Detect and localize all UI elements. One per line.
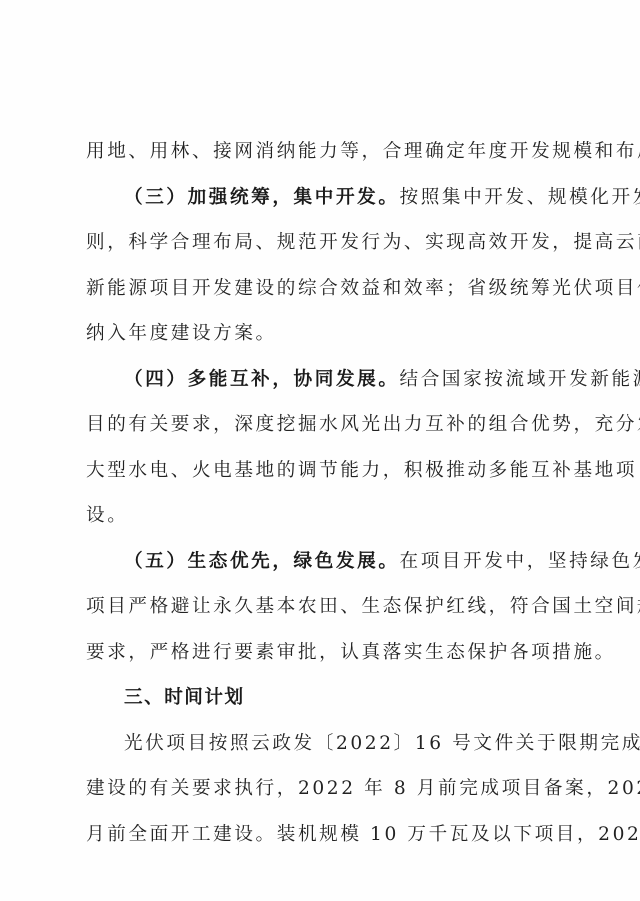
- paragraph-line: （五）生态优先，绿色发展。在项目开发中，坚持绿色发展，: [124, 548, 556, 576]
- subheading-five: （五）生态优先，绿色发展。: [124, 551, 400, 572]
- document-page: 用地、用林、接网消纳能力等，合理确定年度开发规模和布局。 （三）加强统筹，集中开…: [0, 0, 640, 901]
- paragraph-line: 月前全面开工建设。装机规模 10 万千瓦及以下项目，2023 年 4: [86, 821, 556, 849]
- paragraph-line: 建设的有关要求执行，2022 年 8 月前完成项目备案，2022 年 10: [86, 775, 556, 803]
- paragraph-line: 目的有关要求，深度挖掘水风光出力互补的组合优势，充分发挥: [86, 411, 556, 439]
- paragraph-line: （三）加强统筹，集中开发。按照集中开发、规模化开发原: [124, 184, 556, 212]
- paragraph-line: 光伏项目按照云政发〔2022〕16 号文件关于限期完成项目: [124, 730, 556, 758]
- paragraph-line: 纳入年度建设方案。: [86, 320, 556, 348]
- paragraph-line: 要求，严格进行要素审批，认真落实生态保护各项措施。: [86, 639, 556, 667]
- paragraph-line: 则，科学合理布局、规范开发行为、实现高效开发，提高云南省: [86, 229, 556, 257]
- paragraph-line: 用地、用林、接网消纳能力等，合理确定年度开发规模和布局。: [86, 138, 556, 166]
- section-heading-time-plan: 三、时间计划: [124, 684, 245, 712]
- paragraph-line: （四）多能互补，协同发展。结合国家按流域开发新能源项: [124, 366, 556, 394]
- paragraph-line: 项目严格避让永久基本农田、生态保护红线，符合国土空间规划: [86, 593, 556, 621]
- subheading-three: （三）加强统筹，集中开发。: [124, 187, 400, 208]
- subheading-four: （四）多能互补，协同发展。: [124, 369, 400, 390]
- paragraph-line: 新能源项目开发建设的综合效益和效率；省级统筹光伏项目优先: [86, 275, 556, 303]
- paragraph-line: 大型水电、火电基地的调节能力，积极推动多能互补基地项目建: [86, 457, 556, 485]
- paragraph-line: 设。: [86, 502, 556, 530]
